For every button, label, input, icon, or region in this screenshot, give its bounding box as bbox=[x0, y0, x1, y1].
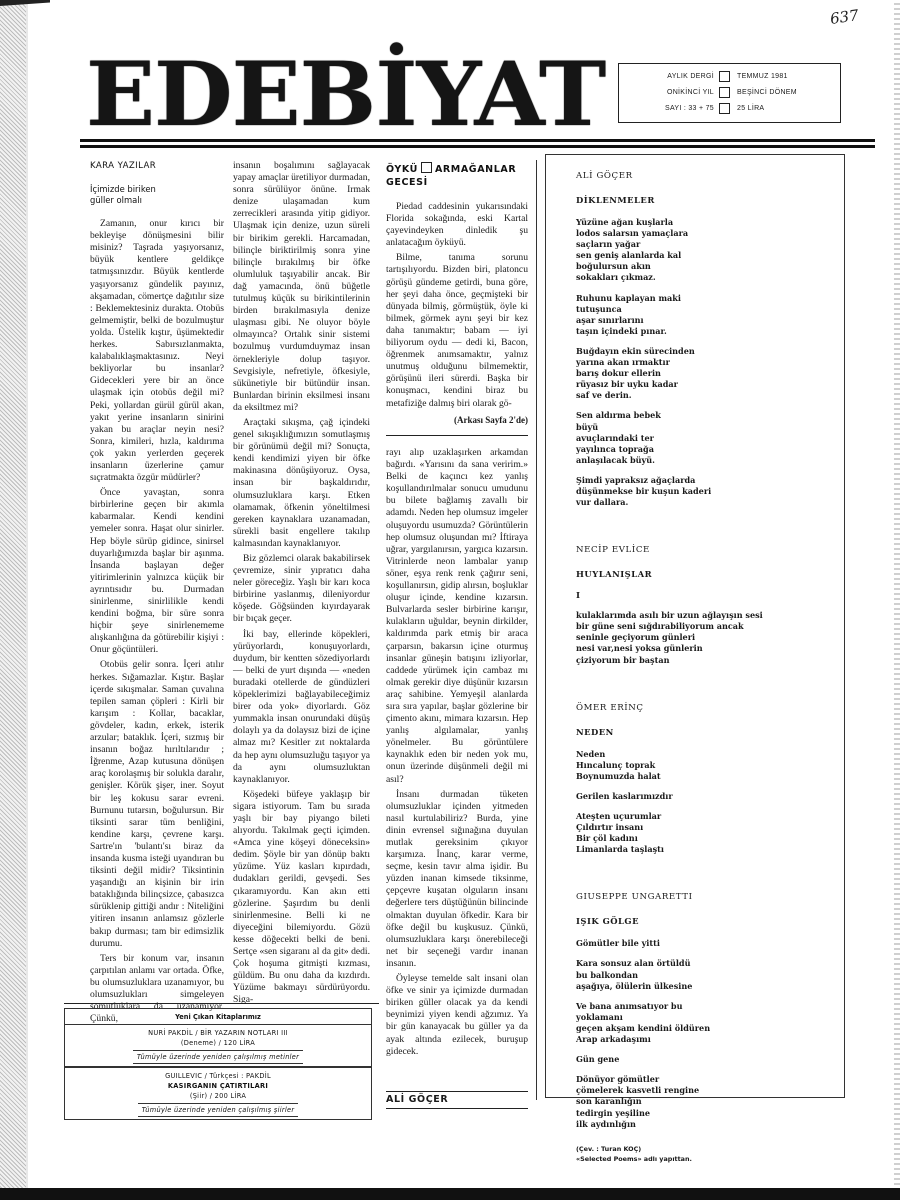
stanza: Yüzüne ağan kuşlarlalodos salarsın yamaç… bbox=[576, 217, 844, 284]
poem-line: aşar sınırlarını bbox=[576, 315, 844, 326]
poem-line: rüyasız bir uyku kadar bbox=[576, 379, 844, 390]
poem-line: Buğdayın ekin sürecinden bbox=[576, 346, 844, 357]
info-label: AYLIK DERGİ bbox=[619, 73, 719, 80]
poet-name: ALİ GÖÇER bbox=[576, 171, 844, 181]
poem-line: Ve bana anımsatıyor bu bbox=[576, 1001, 844, 1012]
poet-name: NECİP EVLİCE bbox=[576, 545, 844, 555]
poem-line: ilk aydınlığın bbox=[576, 1119, 844, 1130]
poem-line: saf ve derin. bbox=[576, 390, 844, 401]
issue-info-box: AYLIK DERGİ TEMMUZ 1981 ONİKİNCİ YIL BEŞ… bbox=[618, 63, 841, 123]
ad-book-item: NURİ PAKDİL / BİR YAZARIN NOTLARI III (D… bbox=[64, 1024, 372, 1067]
poem-line: Gömütler bile yitti bbox=[576, 938, 844, 949]
column-divider bbox=[536, 160, 537, 1100]
column-3-continued: rayı alıp uzaklaşırken arkamdan bağırdı.… bbox=[386, 447, 528, 1061]
poem-line: Gün gene bbox=[576, 1054, 844, 1065]
poem-line: Kara sonsuz alan örtüldü bbox=[576, 958, 844, 969]
section-heading: KARA YAZILAR bbox=[90, 160, 224, 172]
poem-line: seninle geçiyorum günleri bbox=[576, 632, 844, 643]
poem-body: kulaklarımda asılı bir uzun ağlayışın se… bbox=[576, 610, 844, 665]
scan-bottom-edge bbox=[0, 1188, 900, 1200]
stanza: Ateşten uçurumlarÇıldırtır insanıBir çöl… bbox=[576, 811, 844, 855]
poem-line: bir güne seni sığdırabiliyorum ancak bbox=[576, 621, 844, 632]
stanza: NedenHıncalunç toprakBoynumuzda halat bbox=[576, 749, 844, 782]
square-bullet-icon bbox=[719, 87, 730, 98]
poem-line: büyü bbox=[576, 422, 844, 433]
poem-body: Gömütler bile yittiKara sonsuz alan örtü… bbox=[576, 938, 844, 1129]
poem-line: Boynumuzda halat bbox=[576, 771, 844, 782]
poem-line: Ateşten uçurumlar bbox=[576, 811, 844, 822]
stanza: Şimdi yapraksız ağaçlardadüşünmekse bir … bbox=[576, 475, 844, 508]
stanza: Sen aldırma bebekbüyüavuçlarındaki terya… bbox=[576, 410, 844, 465]
ad-note: Tümüyle üzerinde yeniden çalışılmış şiir… bbox=[138, 1103, 299, 1117]
poem-line: Bir çöl kadını bbox=[576, 833, 844, 844]
poem-line: kulaklarımda asılı bir uzun ağlayışın se… bbox=[576, 610, 844, 621]
poem-line: yarına akan ırmaktır bbox=[576, 357, 844, 368]
poetry-box: ALİ GÖÇER DİKLENMELER Yüzüne ağan kuşlar… bbox=[545, 154, 845, 1098]
stanza: Dönüyor gömütlerçömelerek kasvetli rengi… bbox=[576, 1074, 844, 1129]
poem-line: saçların yağar bbox=[576, 239, 844, 250]
info-row: ONİKİNCİ YIL BEŞİNCİ DÖNEM bbox=[619, 84, 840, 100]
poem-line: Çıldırtır insanı bbox=[576, 822, 844, 833]
poem-line: Dönüyor gömütler bbox=[576, 1074, 844, 1085]
story-heading: ÖYKÜARMAĞANLAR GECESİ bbox=[386, 162, 528, 189]
poem-line: Gerilen kaslarımızdır bbox=[576, 791, 844, 802]
paragraph: Önce yavaştan, sonra birbirlerine geçen … bbox=[90, 487, 224, 656]
poem-line: Ruhunu kaplayan maki bbox=[576, 293, 844, 304]
poem-line: son karanlığın bbox=[576, 1096, 844, 1107]
paragraph: Öyleyse temelde salt insani olan öfke ve… bbox=[386, 973, 528, 1058]
poem-line: Yüzüne ağan kuşlarla bbox=[576, 217, 844, 228]
stanza: Buğdayın ekin sürecindenyarına akan ırma… bbox=[576, 346, 844, 401]
info-value: 25 LİRA bbox=[730, 105, 764, 112]
continued-note: (Arkası Sayfa 2'de) bbox=[386, 414, 528, 426]
paragraph: İki bay, ellerinde köpekleri, yürüyorlar… bbox=[233, 629, 370, 786]
poem-title: DİKLENMELER bbox=[576, 195, 844, 205]
stanza: Kara sonsuz alan örtüldübu balkondanaşağ… bbox=[576, 958, 844, 991]
poem-line: geçen akşam kendini öldüren bbox=[576, 1023, 844, 1034]
paragraph: Biz gözlemci olarak bakabilirsek çevremi… bbox=[233, 553, 370, 626]
column-3: ÖYKÜARMAĞANLAR GECESİ Piedad caddesinin … bbox=[386, 162, 528, 426]
handwritten-page-number: 637 bbox=[829, 6, 860, 28]
stanza: Ruhunu kaplayan makitutuşuncaaşar sınırl… bbox=[576, 293, 844, 337]
poet-name: GIUSEPPE UNGARETTI bbox=[576, 892, 844, 902]
square-bullet-icon bbox=[719, 103, 730, 114]
paragraph: insanın boşalımını sağlayacak yapay amaç… bbox=[233, 160, 370, 414]
paragraph: Zamanın, onur kırıcı bir bekleyişe dönüş… bbox=[90, 218, 224, 484]
stanza: Gömütler bile yitti bbox=[576, 938, 844, 949]
masthead-rule-bottom bbox=[80, 145, 875, 148]
poet-name: ÖMER ERİNÇ bbox=[576, 703, 844, 713]
ad-header: Yeni Çıkan Kitaplarımız bbox=[64, 1008, 372, 1024]
paragraph: İnsanı durmadan tüketen olumsuzluklar iç… bbox=[386, 789, 528, 970]
translator-credit: (Çev. : Turan KOÇ) «Selected Poems» adlı… bbox=[576, 1144, 844, 1164]
new-books-ad: Yeni Çıkan Kitaplarımız NURİ PAKDİL / Bİ… bbox=[64, 1008, 372, 1120]
poem-body: Yüzüne ağan kuşlarlalodos salarsın yamaç… bbox=[576, 217, 844, 508]
signature-rule bbox=[386, 1091, 528, 1092]
scan-right-edge bbox=[894, 0, 900, 1200]
poem-line: Limanlarda taşlaştı bbox=[576, 844, 844, 855]
scan-edge bbox=[0, 0, 26, 1200]
poem-line: Sen aldırma bebek bbox=[576, 410, 844, 421]
paragraph: Araçtaki sıkışma, çağ içindeki genel sık… bbox=[233, 417, 370, 550]
stanza: kulaklarımda asılı bir uzun ağlayışın se… bbox=[576, 610, 844, 665]
poem-line: Arap arkadaşımı bbox=[576, 1034, 844, 1045]
article-signature: ALİ GÖÇER bbox=[386, 1094, 448, 1105]
poem-line: aşağıya, ölülerin ülkesine bbox=[576, 981, 844, 992]
poem-line: yoklamanı bbox=[576, 1012, 844, 1023]
poem-line: avuçlarındaki ter bbox=[576, 433, 844, 444]
story-end-rule bbox=[386, 435, 528, 436]
poem-section-number: I bbox=[576, 591, 844, 601]
square-bullet-icon bbox=[421, 162, 432, 173]
masthead: EDEBİYAT bbox=[86, 52, 606, 136]
poem-line: sen geniş alanlarda kal bbox=[576, 250, 844, 261]
signature-rule-bottom bbox=[386, 1108, 528, 1109]
poem-line: bu balkondan bbox=[576, 970, 844, 981]
paragraph: Otobüs gelir sonra. İçeri atılır herkes.… bbox=[90, 659, 224, 949]
poem-line: vur dallara. bbox=[576, 497, 844, 508]
info-value: BEŞİNCİ DÖNEM bbox=[730, 89, 797, 96]
info-value: TEMMUZ 1981 bbox=[730, 73, 788, 80]
poem-title: NEDEN bbox=[576, 727, 844, 737]
poem-line: taşın içindeki pınar. bbox=[576, 326, 844, 337]
column-2: insanın boşalımını sağlayacak yapay amaç… bbox=[233, 160, 370, 1009]
stanza: Gün gene bbox=[576, 1054, 844, 1065]
poem-line: nesi var,nesi yoksa günlerin bbox=[576, 643, 844, 654]
poem-title: IŞIK GÖLGE bbox=[576, 916, 844, 926]
stanza: Ve bana anımsatıyor buyoklamanıgeçen akş… bbox=[576, 1001, 844, 1045]
paragraph: Köşedeki büfeye yaklaşıp bir sigara isti… bbox=[233, 789, 370, 1007]
ad-note: Tümüyle üzerinde yeniden çalışılmış meti… bbox=[133, 1050, 303, 1064]
poem-line: tedirgin yeşiline bbox=[576, 1108, 844, 1119]
poem-line: barış dokur ellerin bbox=[576, 368, 844, 379]
paragraph: rayı alıp uzaklaşırken arkamdan bağırdı.… bbox=[386, 447, 528, 786]
poem-line: Şimdi yapraksız ağaçlarda bbox=[576, 475, 844, 486]
article-subtitle: İçimizde biriken güller olmalı bbox=[90, 184, 224, 206]
magazine-title: EDEBİYAT bbox=[86, 52, 622, 136]
poem-line: çiziyorum bir baştan bbox=[576, 655, 844, 666]
info-row: AYLIK DERGİ TEMMUZ 1981 bbox=[619, 68, 840, 84]
square-bullet-icon bbox=[719, 71, 730, 82]
info-label: SAYI : 33 + 75 bbox=[619, 105, 719, 112]
poem-line: anlaşılacak büyü. bbox=[576, 455, 844, 466]
ad-book-item: GUILLEVIC / Türkçesi : PAKDİL KASIRGANIN… bbox=[64, 1067, 372, 1120]
paragraph: Bilme, tanıma sorunu tartışılıyordu. Biz… bbox=[386, 252, 528, 409]
column-1: KARA YAZILAR İçimizde biriken güller olm… bbox=[90, 160, 224, 1028]
poem-line: Neden bbox=[576, 749, 844, 760]
poem-line: tutuşunca bbox=[576, 304, 844, 315]
poem-title: HUYLANIŞLAR bbox=[576, 569, 844, 579]
poem-body: NedenHıncalunç toprakBoynumuzda halatGer… bbox=[576, 749, 844, 856]
poem-line: lodos salarsın yamaçlara bbox=[576, 228, 844, 239]
poem-line: yayılınca toprağa bbox=[576, 444, 844, 455]
paragraph: Piedad caddesinin yukarısındaki Florida … bbox=[386, 201, 528, 249]
poem-line: Hıncalunç toprak bbox=[576, 760, 844, 771]
stanza: Gerilen kaslarımızdır bbox=[576, 791, 844, 802]
poem-line: boğulursun akın bbox=[576, 261, 844, 272]
poem-line: düşünmekse bir kuşun kaderi bbox=[576, 486, 844, 497]
info-label: ONİKİNCİ YIL bbox=[619, 89, 719, 96]
poem-line: çömelerek kasvetli rengine bbox=[576, 1085, 844, 1096]
info-row: SAYI : 33 + 75 25 LİRA bbox=[619, 100, 840, 116]
masthead-rule-top bbox=[80, 139, 875, 142]
poem-line: sokakları çıkmaz. bbox=[576, 272, 844, 283]
